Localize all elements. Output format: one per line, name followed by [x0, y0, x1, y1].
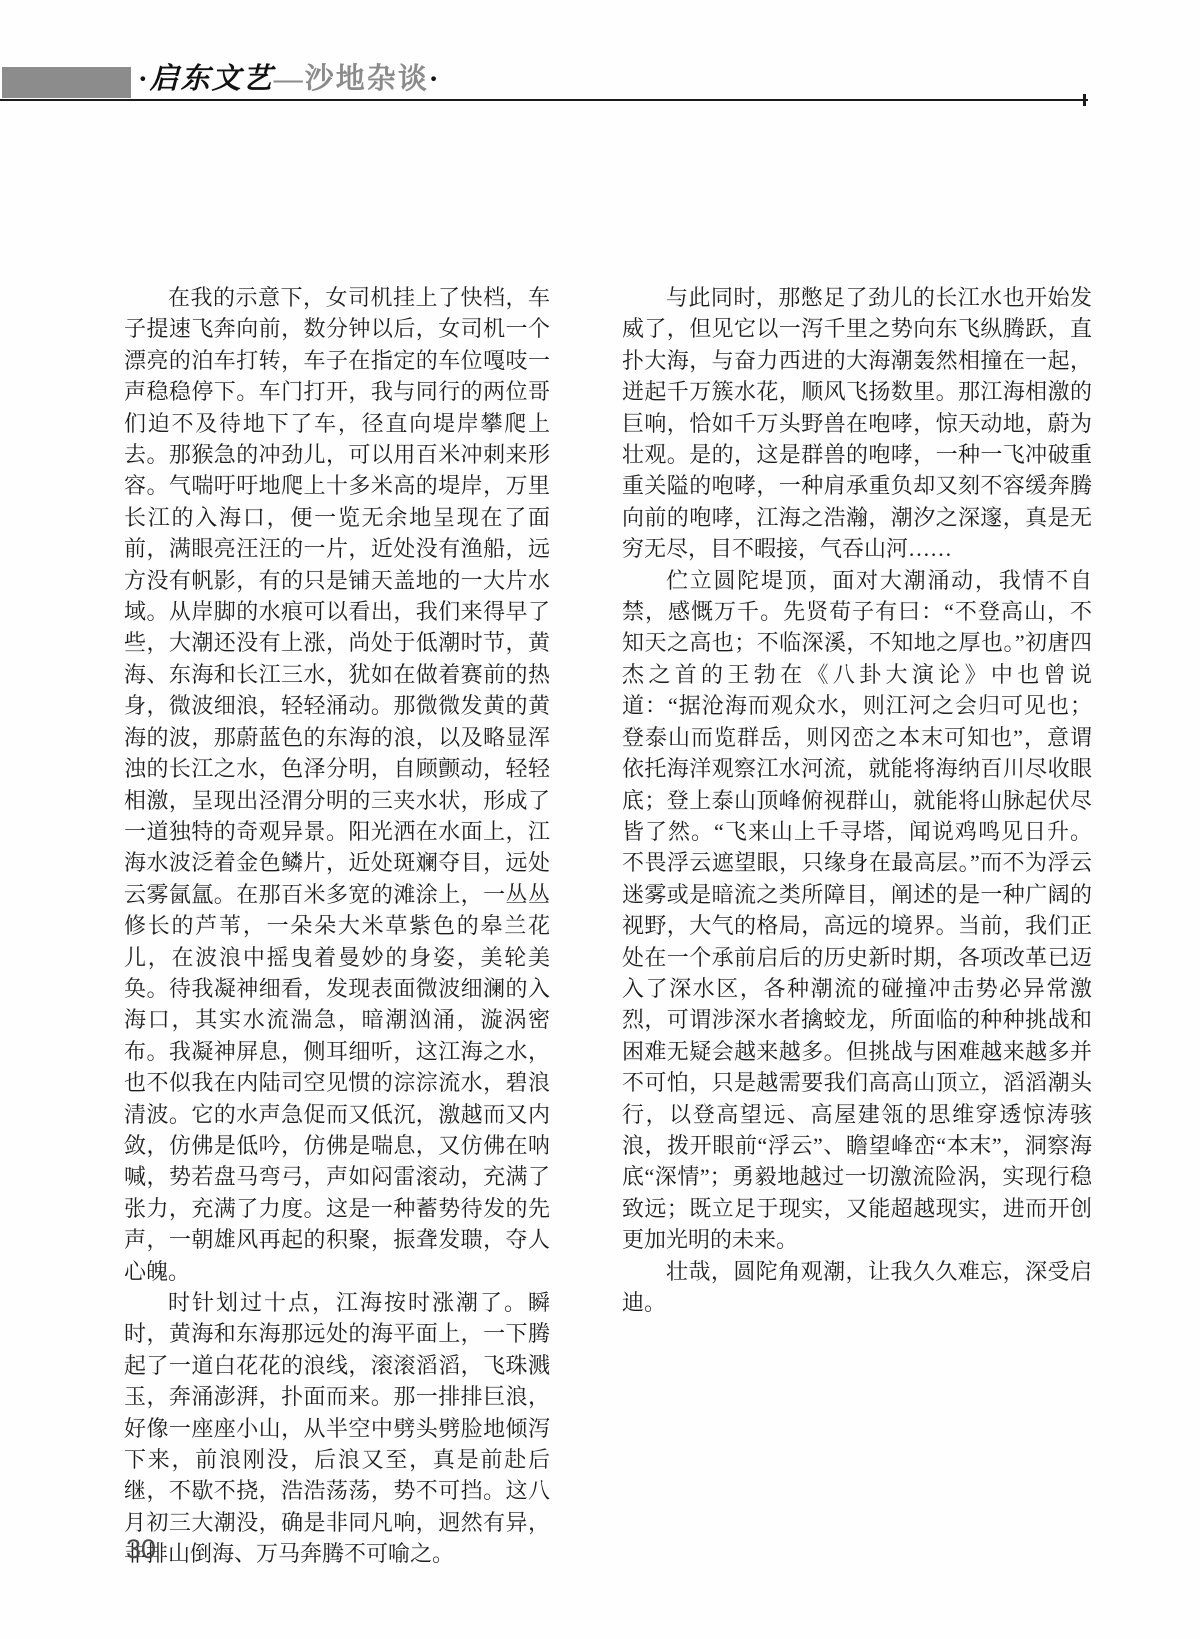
- page-number: 30: [126, 1534, 156, 1565]
- text-column-left: 在我的示意下，女司机挂上了快档，车子提速飞奔向前，数分钟以后，女司机一个漂亮的泊…: [124, 282, 550, 1570]
- header-dash: —: [274, 63, 305, 95]
- paragraph: 与此同时，那憋足了劲儿的长江水也开始发威了，但见它以一泻千里之势向东飞纵腾跃，直…: [622, 282, 1092, 565]
- paragraph: 在我的示意下，女司机挂上了快档，车子提速飞奔向前，数分钟以后，女司机一个漂亮的泊…: [124, 282, 550, 1287]
- header-gray-bar: [2, 67, 131, 98]
- paragraph: 伫立圆陀堤顶，面对大潮涌动，我情不自禁，感慨万千。先贤荀子有曰：“不登高山，不知…: [622, 565, 1092, 1256]
- header-magazine-name: 启东文艺: [150, 63, 274, 95]
- header-bullet-left: ·: [138, 63, 150, 95]
- header-section-name: 沙地杂谈: [305, 63, 429, 95]
- header-bullet-right: ·: [429, 63, 441, 95]
- header-rule-end-tick: [1083, 94, 1086, 106]
- paragraph: 壮哉，圆陀角观潮，让我久久难忘，深受启迪。: [622, 1256, 1092, 1319]
- paragraph: 时针划过十点，江海按时涨潮了。瞬时，黄海和东海那远处的海平面上，一下腾起了一道白…: [124, 1287, 550, 1570]
- magazine-page: ·启东文艺—沙地杂谈· 在我的示意下，女司机挂上了快档，车子提速飞奔向前，数分钟…: [0, 0, 1200, 1639]
- text-column-right: 与此同时，那憋足了劲儿的长江水也开始发威了，但见它以一泻千里之势向东飞纵腾跃，直…: [622, 282, 1092, 1318]
- header-rule-line: [0, 99, 1088, 101]
- page-header-title: ·启东文艺—沙地杂谈·: [138, 62, 440, 96]
